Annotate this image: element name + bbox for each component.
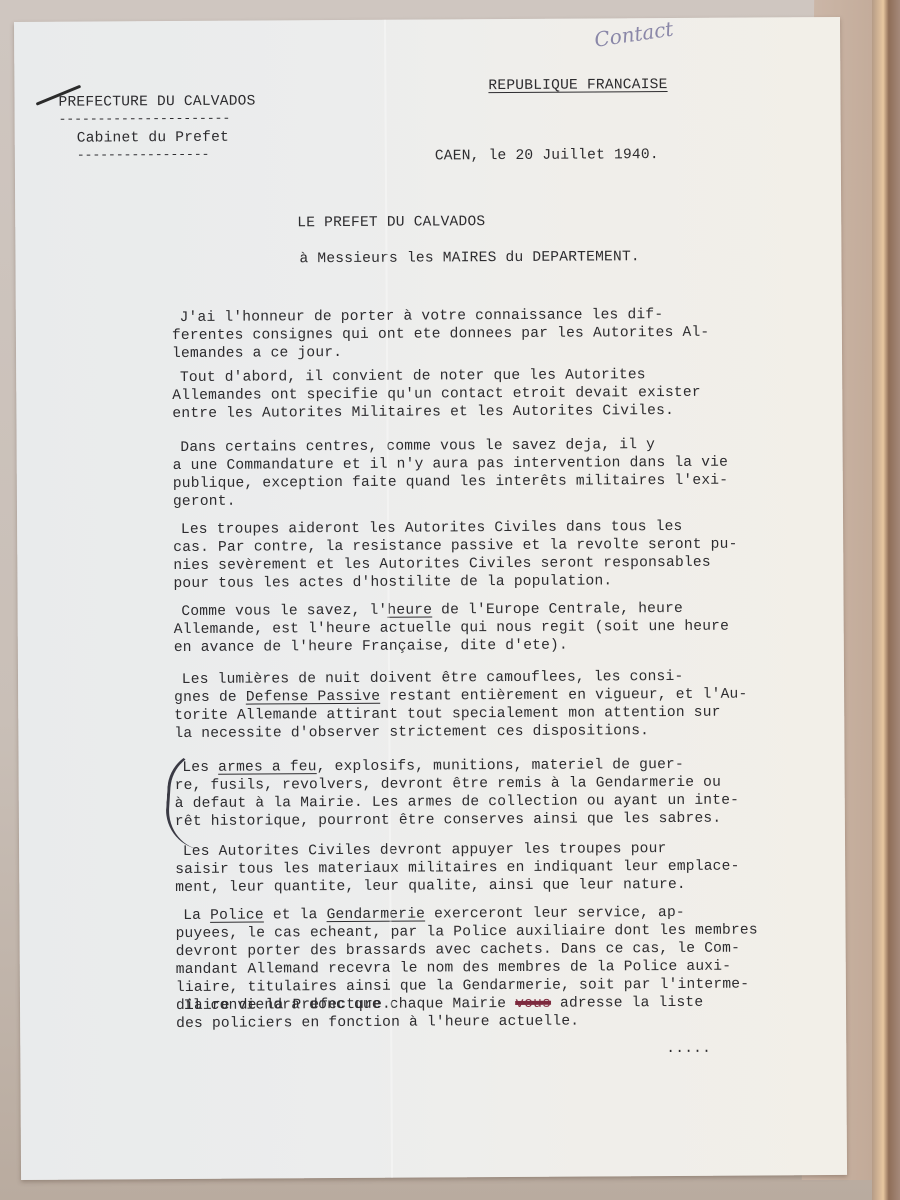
republique-heading: REPUBLIQUE FRANCAISE <box>488 76 667 95</box>
text-line: ferentes consignes qui ont ete donnees p… <box>172 324 710 345</box>
text-line: ment, leur quantite, leur qualite, ainsi… <box>175 876 686 897</box>
text-line: nies sevèrement et les Autorites Civiles… <box>173 554 711 575</box>
cabinet-rule: ----------------- <box>77 147 210 163</box>
letter-page: Contact PREFECTURE DU CALVADOS ---------… <box>14 17 847 1180</box>
text-line: Il conviendra donc que chaque Mairie vou… <box>130 994 703 1016</box>
recipient-line: à Messieurs les MAIRES du DEPARTEMENT. <box>299 248 640 268</box>
text-line: rêt historique, pourront être conserves … <box>175 810 722 831</box>
sender-line: LE PREFET DU CALVADOS <box>297 213 485 232</box>
text-line: geront. <box>173 493 236 511</box>
text-line: publique, exception faite quand les inte… <box>173 472 728 493</box>
place-date: CAEN, le 20 Juillet 1940. <box>435 146 659 165</box>
text-line: la necessite d'observer strictement ces … <box>174 722 649 743</box>
cabinet-heading: Cabinet du Prefet <box>77 129 229 148</box>
text-line: Allemande, est l'heure actuelle qui nous… <box>174 618 729 639</box>
text-line: lemandes a ce jour. <box>172 344 342 363</box>
pencil-annotation: Contact <box>593 17 675 52</box>
text-line: des policiers en fonction à l'heure actu… <box>176 1013 579 1033</box>
continuation-mark: ..... <box>666 1040 711 1058</box>
folder-edge <box>872 0 900 1200</box>
text-line: pour tous les actes d'hostilite de la po… <box>173 572 612 593</box>
prefecture-heading: PREFECTURE DU CALVADOS <box>58 93 255 112</box>
text-line: en avance de l'heure Française, dite d'e… <box>174 637 568 657</box>
text-line: entre les Autorites Militaires et les Au… <box>172 402 674 423</box>
heading-rule: ---------------------- <box>59 111 231 127</box>
